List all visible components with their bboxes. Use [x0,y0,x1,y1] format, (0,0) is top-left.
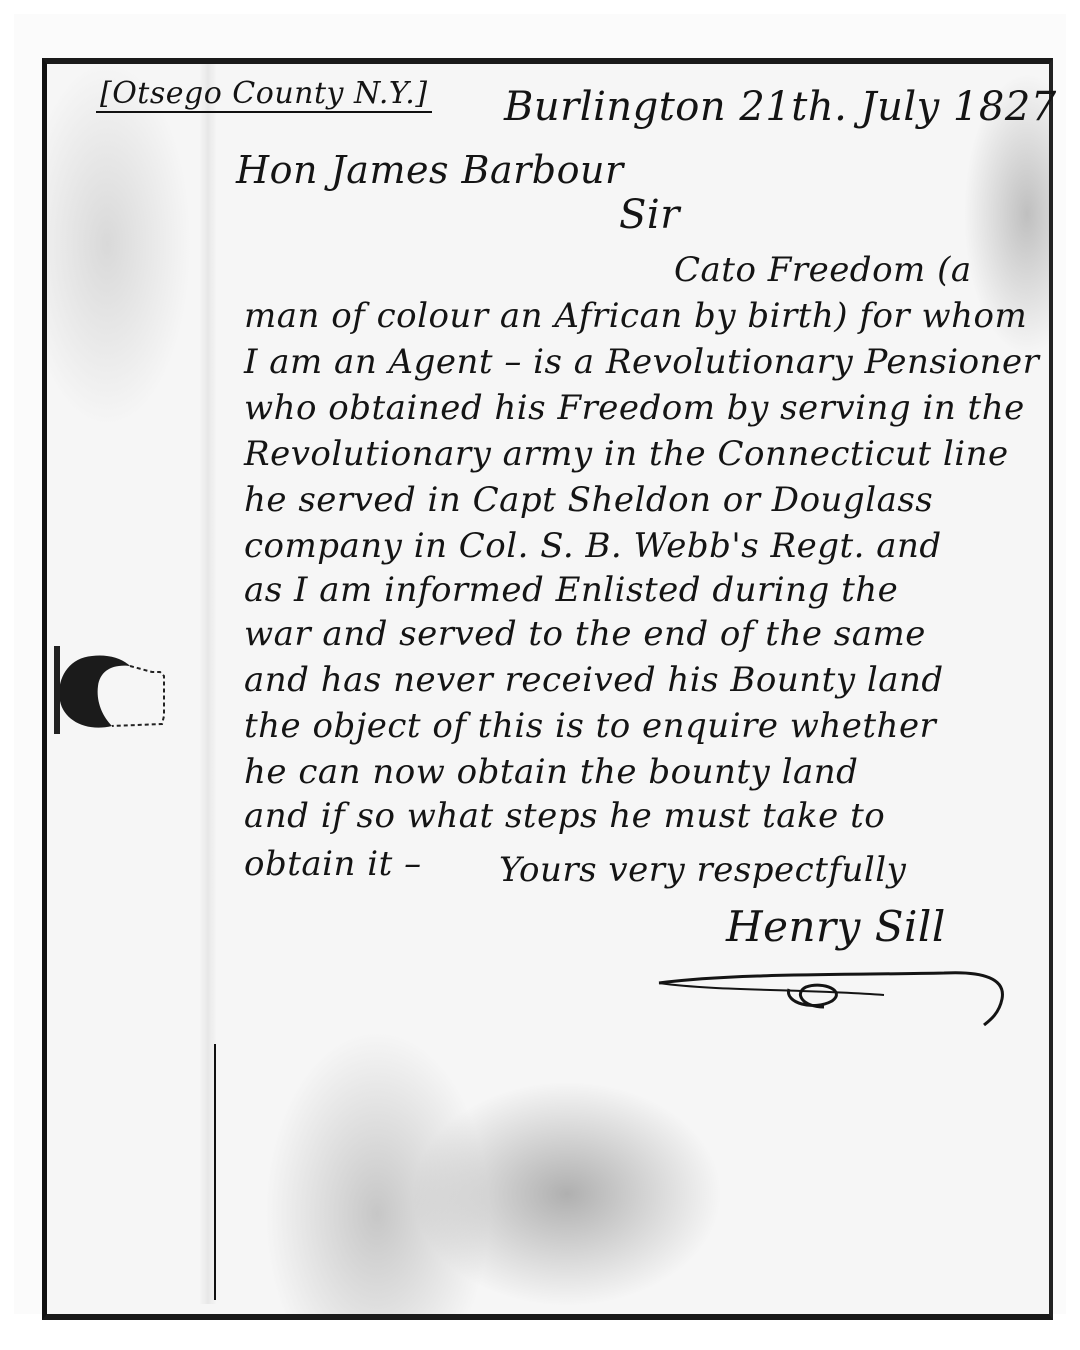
body-line: obtain it – [244,844,422,884]
closing: Yours very respectfully [499,850,906,890]
body-line: who obtained his Freedom by serving in t… [244,388,1025,428]
signature: Henry Sill [726,902,946,951]
place-and-date: Burlington 21th. July 1827 [504,84,1057,130]
body-line: Cato Freedom (a [674,250,972,290]
body-line: he served in Capt Sheldon or Douglass [244,480,933,520]
body-line: company in Col. S. B. Webb's Regt. and [244,526,942,566]
body-line: man of colour an African by birth) for w… [244,296,1027,336]
docket-note: [Otsego County N.Y.] [96,76,432,113]
body-line: as I am informed Enlisted during the [244,570,898,610]
salutation: Sir [619,192,680,238]
scanned-page: [Otsego County N.Y.] Burlington 21th. Ju… [14,14,1066,1314]
signature-flourish-icon [654,969,1014,1029]
body-line: and if so what steps he must take to [244,796,885,836]
body-line: I am an Agent – is a Revolutionary Pensi… [244,342,1039,382]
body-line: war and served to the end of the same [244,614,926,654]
recipient-name: Hon James Barbour [236,148,624,192]
body-line: he can now obtain the bounty land [244,752,858,792]
body-line: Revolutionary army in the Connecticut li… [244,434,1009,474]
wax-seal-icon [52,646,176,734]
body-line: the object of this is to enquire whether [244,706,936,746]
margin-rule [214,1044,216,1300]
body-line: and has never received his Bounty land [244,660,944,700]
